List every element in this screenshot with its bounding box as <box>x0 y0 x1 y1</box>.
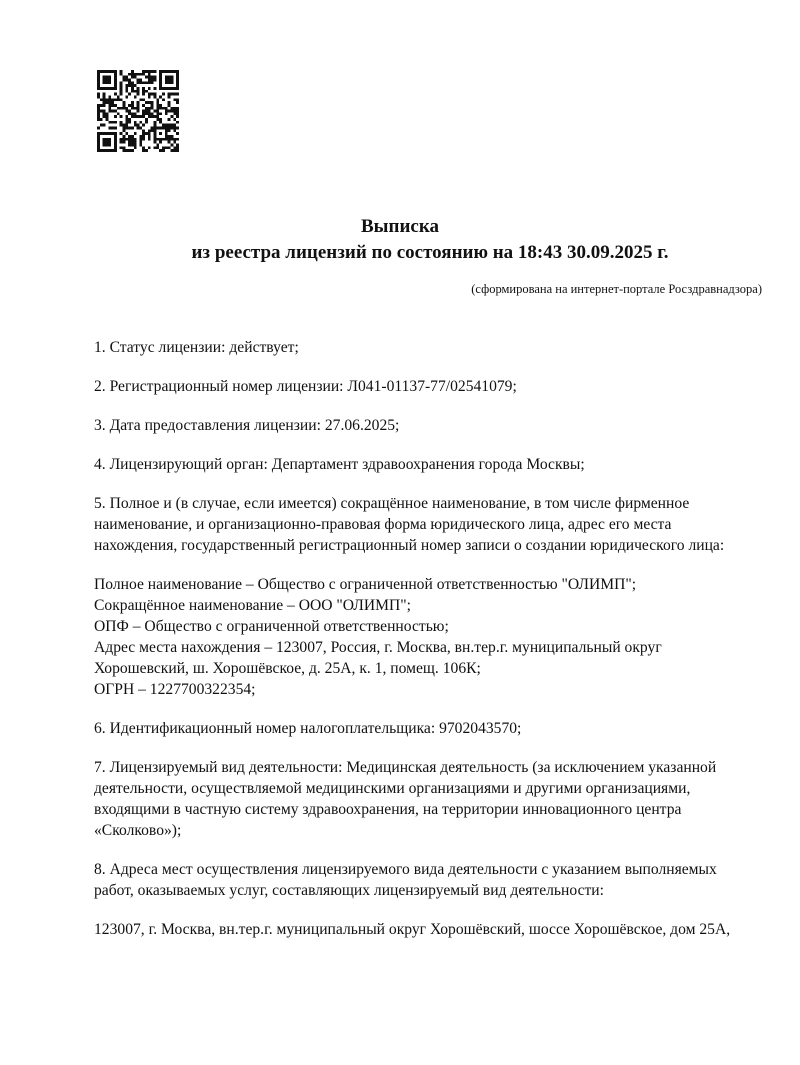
item-label: 6. Идентификационный номер налогоплатель… <box>94 720 435 737</box>
document-title: Выписка <box>0 214 800 240</box>
item-value: Департамент здравоохранения города Москв… <box>272 456 585 473</box>
item-value: 27.06.2025; <box>325 417 400 434</box>
item-authority: 4. Лицензирующий орган: Департамент здра… <box>94 454 754 475</box>
text-line: 7. Лицензируемый вид деятельности: Медиц… <box>94 757 754 778</box>
source-note: (сформирована на интернет-портале Росздр… <box>471 281 762 297</box>
text-line: нахождения, государственный регистрацион… <box>94 535 754 556</box>
item-reg-number: 2. Регистрационный номер лицензии: Л041-… <box>94 376 754 397</box>
item-value: Л041-01137-77/02541079; <box>347 378 516 395</box>
entity-address-line: Адрес места нахождения – 123007, Россия,… <box>94 637 754 658</box>
text-line: наименование, и организационно-правовая … <box>94 514 754 535</box>
document-subtitle: из реестра лицензий по состоянию на 18:4… <box>30 240 800 266</box>
item-label: 2. Регистрационный номер лицензии: <box>94 378 344 395</box>
item-value: 9702043570; <box>439 720 521 737</box>
text-line: 5. Полное и (в случае, если имеется) сок… <box>94 493 754 514</box>
document-body: 1. Статус лицензии: действует; 2. Регист… <box>94 337 754 940</box>
item-entity-details: Полное наименование – Общество с огранич… <box>94 574 754 700</box>
item-label: 3. Дата предоставления лицензии: <box>94 417 321 434</box>
item-inn: 6. Идентификационный номер налогоплатель… <box>94 718 754 739</box>
item-addresses-heading: 8. Адреса мест осуществления лицензируем… <box>94 859 754 901</box>
text-line: 8. Адреса мест осуществления лицензируем… <box>94 859 754 880</box>
text-line: работ, оказываемых услуг, составляющих л… <box>94 880 754 901</box>
entity-opf: ОПФ – Общество с ограниченной ответствен… <box>94 616 754 637</box>
item-value: действует; <box>229 339 298 356</box>
text-line: «Сколково»); <box>94 820 754 841</box>
item-entity-heading: 5. Полное и (в случае, если имеется) сок… <box>94 493 754 556</box>
qr-code-icon <box>97 70 179 152</box>
item-issue-date: 3. Дата предоставления лицензии: 27.06.2… <box>94 415 754 436</box>
activity-address: 123007, г. Москва, вн.тер.г. муниципальн… <box>94 919 754 940</box>
document-title-block: Выписка из реестра лицензий по состоянию… <box>0 214 800 266</box>
entity-full-name: Полное наименование – Общество с огранич… <box>94 574 754 595</box>
item-status: 1. Статус лицензии: действует; <box>94 337 754 358</box>
entity-ogrn: ОГРН – 1227700322354; <box>94 679 754 700</box>
entity-short-name: Сокращённое наименование – ООО "ОЛИМП"; <box>94 595 754 616</box>
item-activity: 7. Лицензируемый вид деятельности: Медиц… <box>94 757 754 841</box>
text-line: входящими в частную систему здравоохране… <box>94 799 754 820</box>
item-label: 1. Статус лицензии: <box>94 339 225 356</box>
entity-address-line: Хорошевский, ш. Хорошёвское, д. 25А, к. … <box>94 658 754 679</box>
text-line: деятельности, осуществляемой медицинским… <box>94 778 754 799</box>
item-label: 4. Лицензирующий орган: <box>94 456 268 473</box>
